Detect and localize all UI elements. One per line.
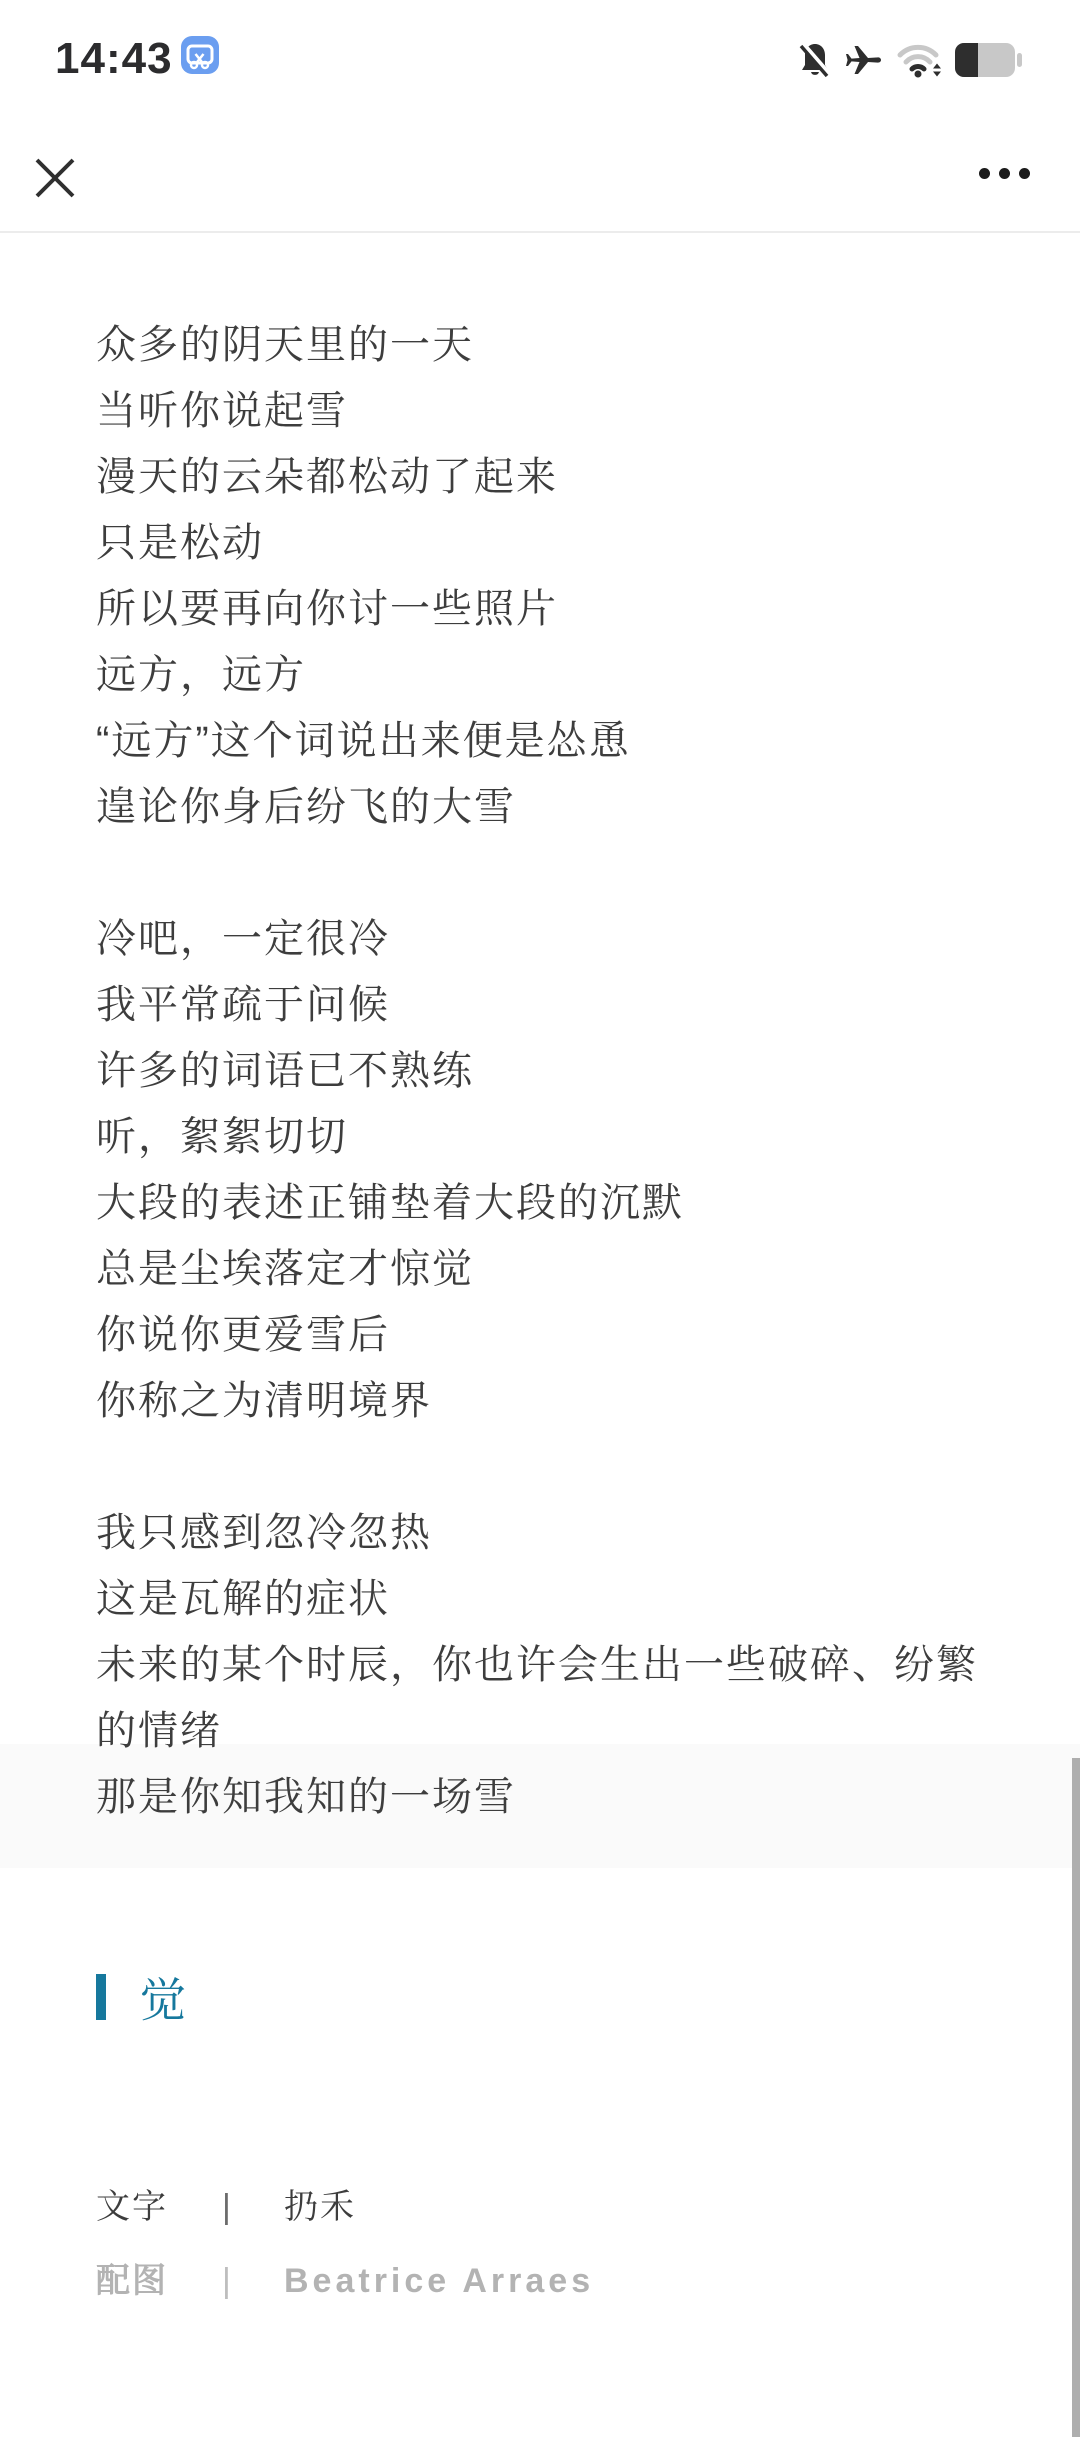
poem-line-underlined: 大段的表述正铺垫着大段的沉默 — [96, 1170, 990, 1236]
three-dots-icon — [979, 168, 990, 179]
poem-line: 那是你知我知的一场雪 — [96, 1764, 990, 1830]
scrollbar[interactable] — [1072, 1758, 1080, 2437]
poem-stanza: 我只感到忽冷忽热 这是瓦解的症状 未来的某个时辰，你也许会生出一些破碎、纷繁的情… — [96, 1500, 990, 1830]
poem-line: 听，絮絮切切 — [96, 1104, 990, 1170]
highlighted-phrase: 大段的表述正铺垫着大段的沉默 — [96, 1181, 684, 1237]
more-menu-button[interactable] — [979, 168, 1030, 179]
status-bar: 14:43 — [0, 0, 1080, 100]
screenshot-clip-icon — [181, 36, 219, 74]
poem-line: 许多的词语已不熟练 — [96, 1038, 990, 1104]
close-icon — [33, 156, 77, 200]
poem-line: 你称之为清明境界 — [96, 1368, 990, 1434]
battery-icon — [955, 43, 1022, 77]
three-dots-icon — [1019, 168, 1030, 179]
airplane-mode-icon — [845, 41, 883, 79]
close-button[interactable] — [33, 156, 77, 200]
credit-separator: | — [222, 2244, 284, 2318]
credit-row-illustrator: 配图 | Beatrice Arraes — [96, 2244, 1080, 2318]
poem-line: 我平常疏于问候 — [96, 972, 990, 1038]
poem-line: 漫天的云朵都松动了起来 — [96, 444, 990, 510]
wifi-weak-icon — [896, 42, 942, 78]
section-heading: 觉 — [96, 1974, 1080, 2020]
credit-value: 扔禾 — [284, 2170, 356, 2244]
credit-label: 文字 — [96, 2170, 222, 2244]
poem-line: 这是瓦解的症状 — [96, 1566, 990, 1632]
section-title: 觉 — [140, 1964, 189, 2030]
credit-separator: | — [222, 2170, 284, 2244]
poem-line: 远方，远方 — [96, 642, 990, 708]
poem-line: 总是尘埃落定才惊觉 — [96, 1236, 990, 1302]
poem-line: 遑论你身后纷飞的大雪 — [96, 774, 990, 840]
poem-line: 只是松动 — [96, 510, 990, 576]
credit-row-text-author: 文字 | 扔禾 — [96, 2170, 1080, 2244]
poem-line: 未来的某个时辰，你也许会生出一些破碎、纷繁的情绪 — [96, 1632, 990, 1764]
poem-line: 当听你说起雪 — [96, 378, 990, 444]
poem-line: 我只感到忽冷忽热 — [96, 1500, 990, 1566]
nav-bar — [0, 100, 1080, 233]
status-icons — [798, 40, 1022, 80]
credit-label: 配图 — [96, 2244, 222, 2318]
status-time: 14:43 — [55, 34, 173, 84]
screenshot-clip-badge — [181, 36, 219, 74]
notifications-muted-icon — [798, 41, 832, 79]
article-content: 众多的阴天里的一天 当听你说起雪 漫天的云朵都松动了起来 只是松动 所以要再向你… — [0, 231, 1080, 2318]
poem-stanza: 冷吧，一定很冷 我平常疏于问候 许多的词语已不熟练 听，絮絮切切 大段的表述正铺… — [96, 906, 990, 1434]
heading-accent-bar — [96, 1974, 106, 2020]
poem-stanza: 众多的阴天里的一天 当听你说起雪 漫天的云朵都松动了起来 只是松动 所以要再向你… — [96, 312, 990, 840]
poem-line: 你说你更爱雪后 — [96, 1302, 990, 1368]
credit-value: Beatrice Arraes — [284, 2244, 594, 2318]
three-dots-icon — [999, 168, 1010, 179]
poem-line: 所以要再向你讨一些照片 — [96, 576, 990, 642]
poem-line: “远方”这个词说出来便是怂恿 — [96, 708, 990, 774]
poem-line: 冷吧，一定很冷 — [96, 906, 990, 972]
poem-line: 众多的阴天里的一天 — [96, 312, 990, 378]
poem: 众多的阴天里的一天 当听你说起雪 漫天的云朵都松动了起来 只是松动 所以要再向你… — [0, 231, 1080, 1830]
credits: 文字 | 扔禾 配图 | Beatrice Arraes — [96, 2170, 1080, 2318]
